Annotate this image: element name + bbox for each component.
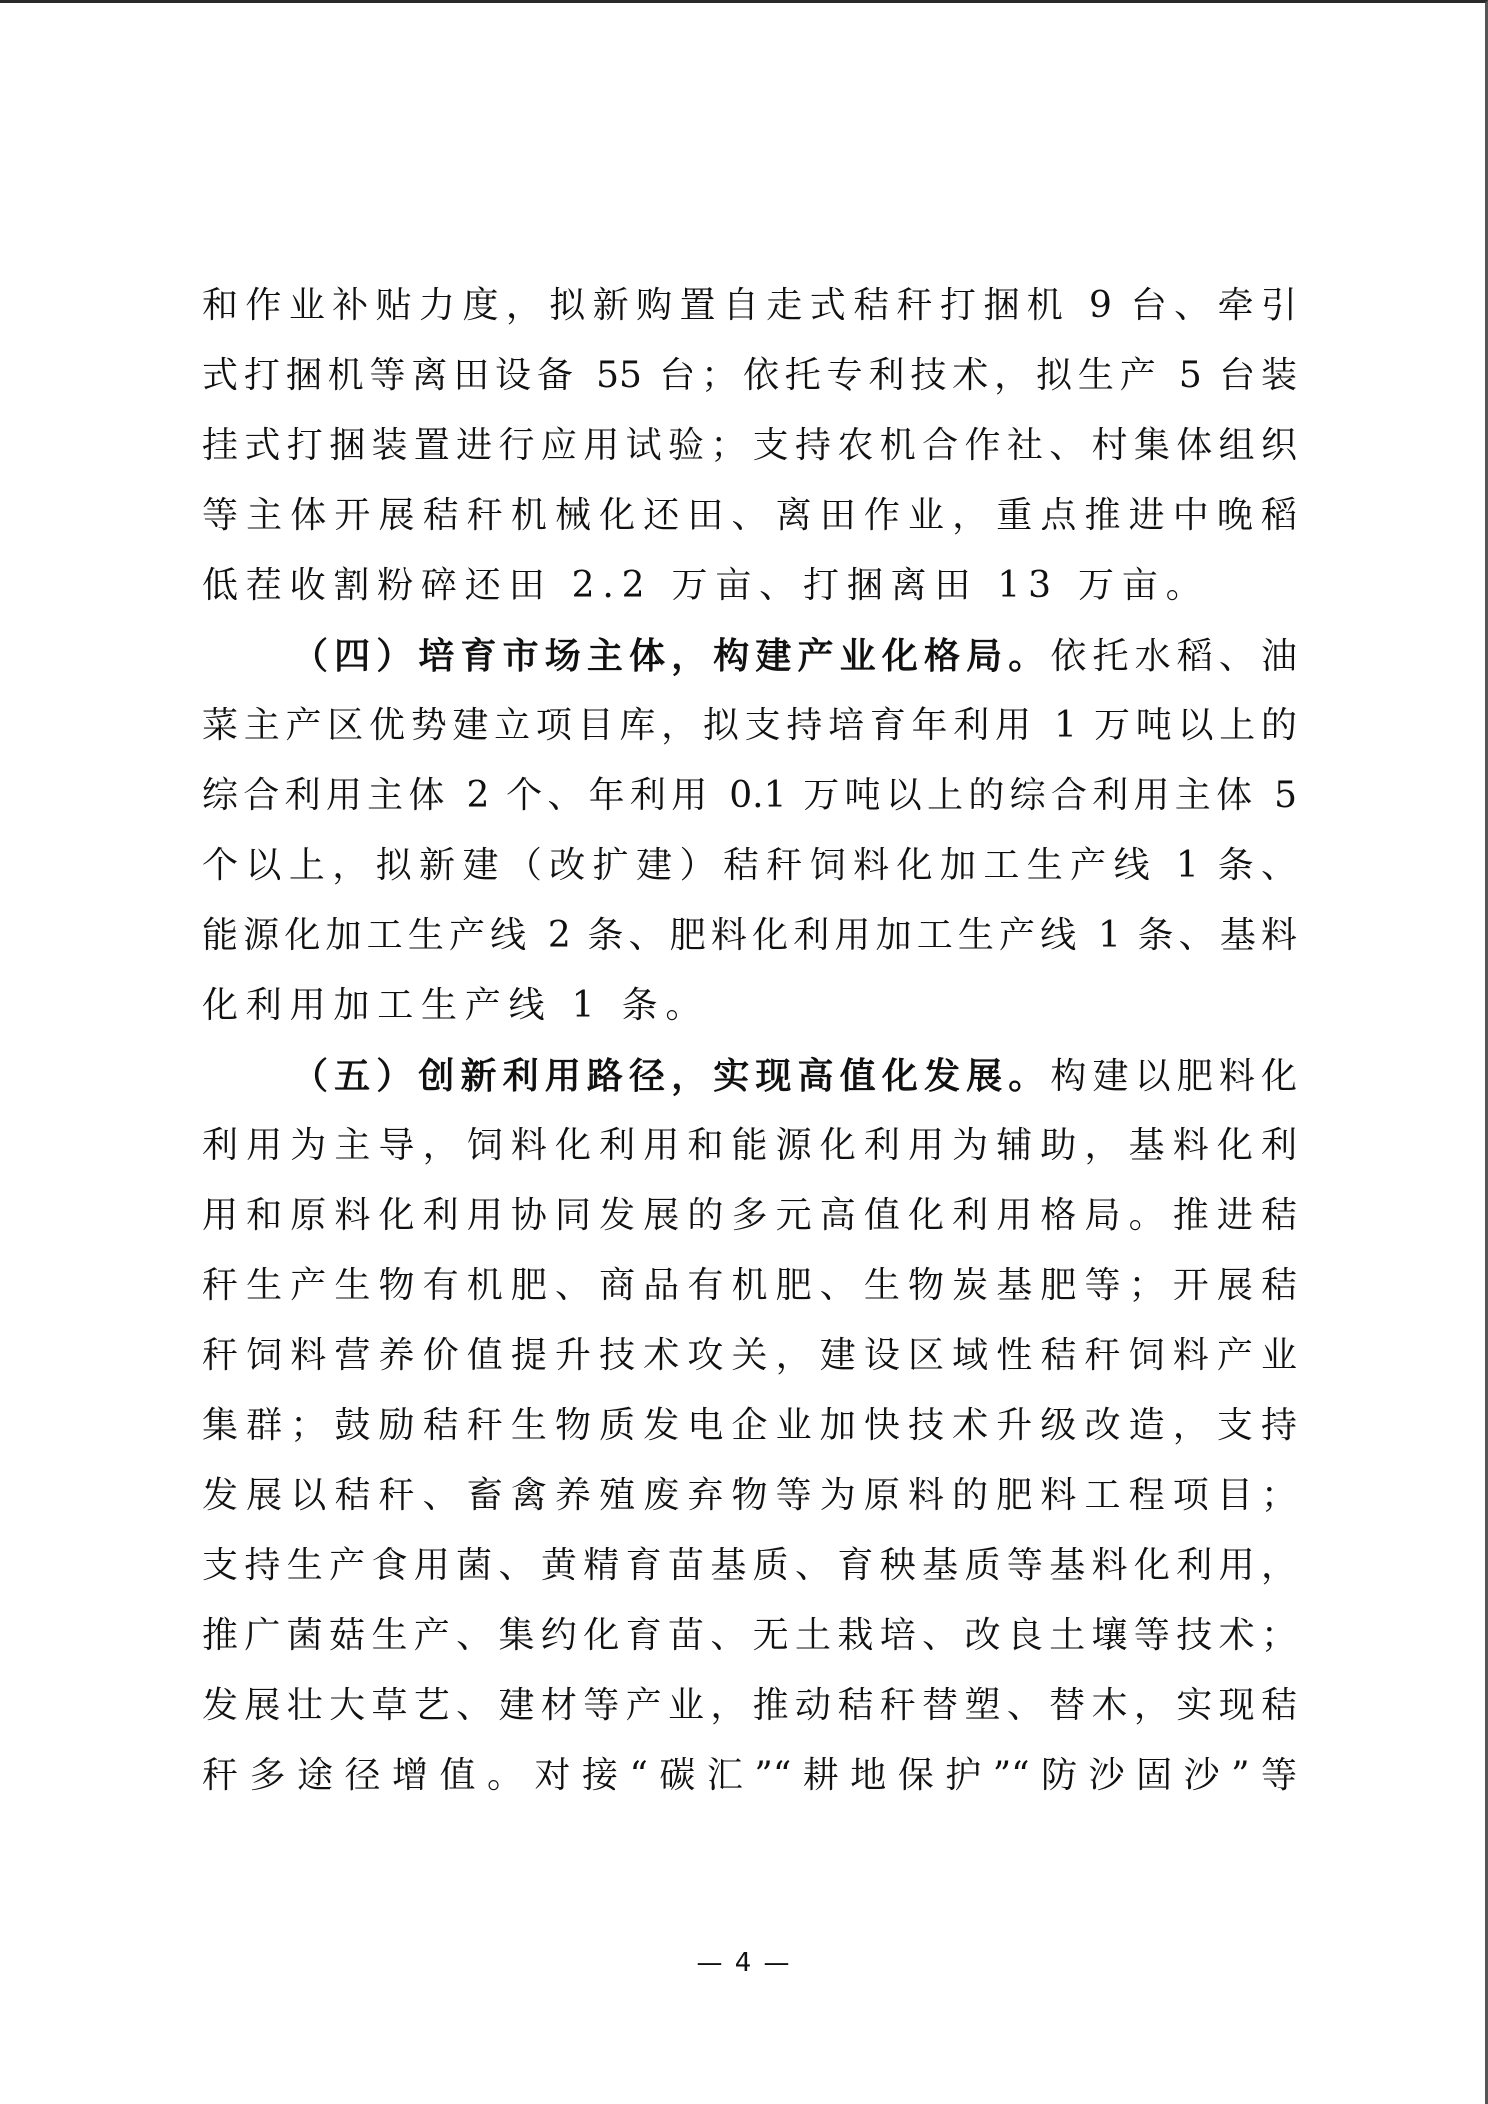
document-page: 和作业补贴力度，拟新购置自走式秸秆打捆机 9 台、牵引 式打捆机等离田设备 55…: [0, 0, 1488, 2104]
text-line: 秆生产生物有机肥、商品有机肥、生物炭基肥等；开展秸: [202, 1251, 1297, 1321]
page-number: — 4 —: [0, 1948, 1488, 1978]
text-line: 化利用加工生产线 1 条。: [202, 971, 1297, 1041]
text-line: 低茬收割粉碎还田 2.2 万亩、打捆离田 13 万亩。: [202, 551, 1297, 621]
text-line: 个以上，拟新建（改扩建）秸秆饲料化加工生产线 1 条、: [202, 831, 1297, 901]
text-line: 发展壮大草艺、建材等产业，推动秸秆替塑、替木，实现秸: [202, 1671, 1297, 1741]
text-line: 秆多途径增值。对接“碳汇”“耕地保护”“防沙固沙”等: [202, 1741, 1297, 1811]
text-line: 利用为主导，饲料化利用和能源化利用为辅助，基料化利: [202, 1111, 1297, 1181]
text-line: 发展以秸秆、畜禽养殖废弃物等为原料的肥料工程项目；: [202, 1461, 1297, 1531]
text-line: 集群；鼓励秸秆生物质发电企业加快技术升级改造，支持: [202, 1391, 1297, 1461]
paragraph-continuation: 和作业补贴力度，拟新购置自走式秸秆打捆机 9 台、牵引 式打捆机等离田设备 55…: [202, 271, 1297, 621]
section-4-heading: （四）培育市场主体，构建产业化格局。: [292, 635, 1050, 677]
paragraph-section-4: （四）培育市场主体，构建产业化格局。依托水稻、油 菜主产区优势建立项目库，拟支持…: [202, 621, 1297, 1041]
text-line: 等主体开展秸秆机械化还田、离田作业，重点推进中晚稻: [202, 481, 1297, 551]
section-5-first-line-text: 构建以肥料化: [1050, 1056, 1297, 1097]
text-line: 能源化加工生产线 2 条、肥料化利用加工生产线 1 条、基料: [202, 901, 1297, 971]
text-line: 和作业补贴力度，拟新购置自走式秸秆打捆机 9 台、牵引: [202, 271, 1297, 341]
text-line: 用和原料化利用协同发展的多元高值化利用格局。推进秸: [202, 1181, 1297, 1251]
section-4-first-line: （四）培育市场主体，构建产业化格局。依托水稻、油: [202, 621, 1297, 691]
text-line: 挂式打捆装置进行应用试验；支持农机合作社、村集体组织: [202, 411, 1297, 481]
text-line: 综合利用主体 2 个、年利用 0.1 万吨以上的综合利用主体 5: [202, 761, 1297, 831]
body-text: 和作业补贴力度，拟新购置自走式秸秆打捆机 9 台、牵引 式打捆机等离田设备 55…: [202, 271, 1297, 1811]
section-5-first-line: （五）创新利用路径，实现高值化发展。构建以肥料化: [202, 1041, 1297, 1111]
paragraph-section-5: （五）创新利用路径，实现高值化发展。构建以肥料化 利用为主导，饲料化利用和能源化…: [202, 1041, 1297, 1811]
text-line: 支持生产食用菌、黄精育苗基质、育秧基质等基料化利用，: [202, 1531, 1297, 1601]
text-line: 推广菌菇生产、集约化育苗、无土栽培、改良土壤等技术；: [202, 1601, 1297, 1671]
section-4-first-line-text: 依托水稻、油: [1050, 636, 1297, 677]
text-line: 秆饲料营养价值提升技术攻关，建设区域性秸秆饲料产业: [202, 1321, 1297, 1391]
text-line: 式打捆机等离田设备 55 台；依托专利技术，拟生产 5 台装: [202, 341, 1297, 411]
section-5-heading: （五）创新利用路径，实现高值化发展。: [292, 1055, 1050, 1097]
text-line: 菜主产区优势建立项目库，拟支持培育年利用 1 万吨以上的: [202, 691, 1297, 761]
